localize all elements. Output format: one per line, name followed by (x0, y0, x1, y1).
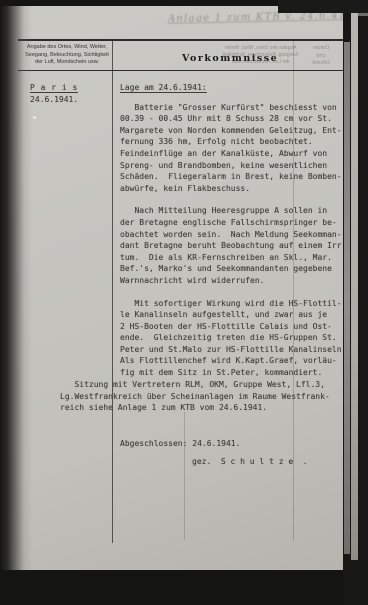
ghost-column-line-center (184, 412, 185, 540)
page-edge-strip-1 (344, 42, 350, 554)
cross-column-paragraph: Sitzung mit Vertretern RLM, OKM, Gruppe … (60, 379, 344, 414)
events-column: Lage am 24.6.1941: Batterie "Grosser Kur… (120, 82, 350, 390)
header-rule-top (18, 39, 343, 41)
bleedthrough-datetime-text: Datum und Uhrzeit (301, 45, 341, 68)
closing-line: Abgeschlossen: 24.6.1941. (120, 438, 240, 450)
column-divider-line (112, 41, 113, 543)
page-edge-strip-2 (351, 10, 358, 560)
entry-paragraph-2: Nach Mitteilung Heeresgruppe A sollen in… (120, 205, 350, 286)
header-rule-bottom (18, 70, 343, 71)
paper-speck (33, 116, 36, 119)
entry-paragraph-3: Mit sofortiger Wirkung wird die HS-Flott… (120, 298, 350, 379)
conditions-header-label: Angabe des Ortes, Wind, Wetter, Seegang,… (24, 44, 110, 67)
signature-line: gez. S c h u l t z e . (192, 456, 308, 468)
entry-heading: Lage am 24.6.1941: (120, 82, 350, 94)
location-place: P a r i s (30, 82, 78, 94)
photo-top-right-edge (278, 0, 368, 13)
events-header-label: Vorkommnisse (182, 53, 278, 64)
photo-bottom-edge (0, 570, 368, 605)
entry-paragraph-1: Batterie "Grosser Kurfürst" beschiesst v… (120, 102, 350, 195)
scanned-document-photo: Angabe des Ortes, Wind, Wetter, Seegang,… (0, 0, 368, 605)
location-date: 24.6.1941. (30, 94, 78, 106)
